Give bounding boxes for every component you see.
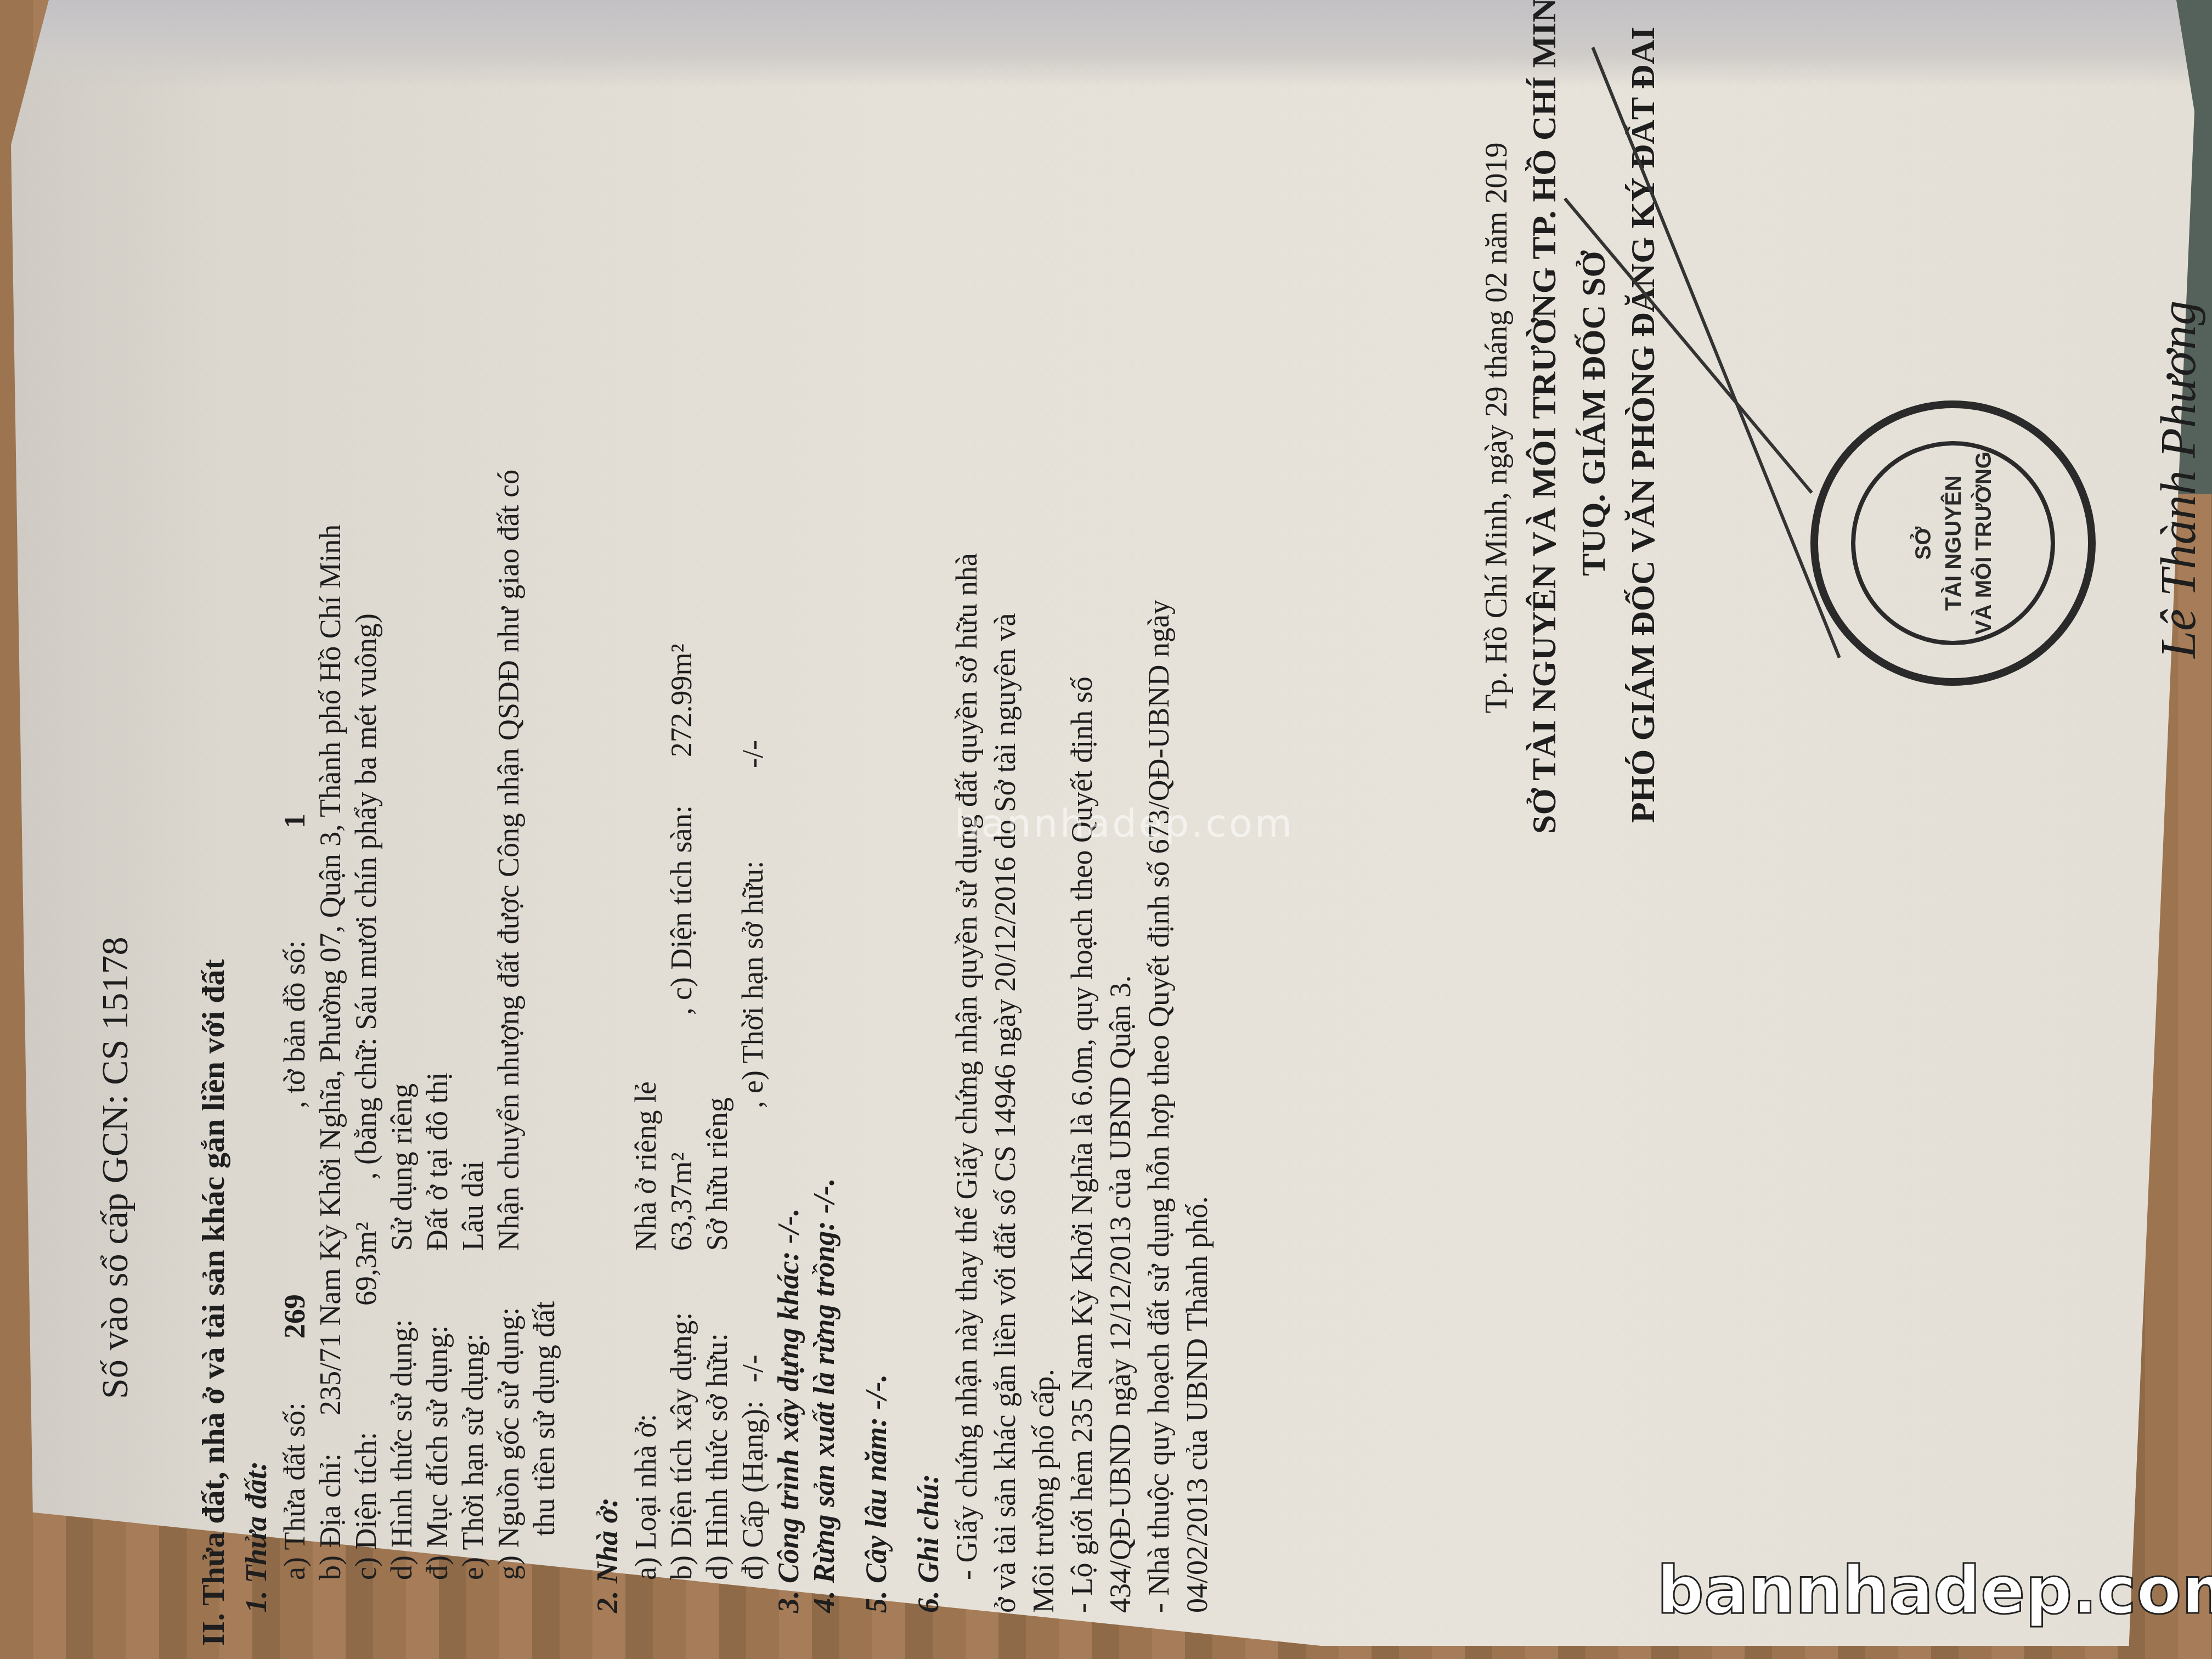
- use-form-value: Sử dụng riêng: [387, 1084, 416, 1251]
- parcel-label: a) Thửa đất số:: [280, 1402, 309, 1580]
- seal-line-2: TÀI NGUYÊN: [1942, 408, 1966, 678]
- map-sheet-number: 1: [280, 814, 309, 828]
- origin-label: g) Nguồn gốc sử dụng:: [494, 1307, 523, 1580]
- map-sheet-label: , tờ bản đồ số:: [280, 940, 309, 1108]
- term-value: Lâu dài: [458, 1161, 488, 1251]
- corner-watermark: bannhadep.com: [1657, 1553, 2212, 1629]
- build-area-value: 63,37m²: [667, 1152, 696, 1251]
- purpose-value: Đất ở tại đô thị: [422, 1072, 452, 1251]
- official-seal: SỞ TÀI NGUYÊN VÀ MÔI TRƯỜNG: [1810, 400, 2096, 686]
- land-heading: 1. Thửa đất:: [241, 1461, 271, 1613]
- term-label: e) Thời hạn sử dụng:: [458, 1333, 488, 1580]
- note-line: 434/QĐ-UBND ngày 12/12/2013 của UBND Quậ…: [1105, 975, 1135, 1613]
- area-in-words: , (bằng chữ: Sáu mươi chín phẩy ba mét v…: [351, 613, 381, 1180]
- ownership-label: d) Hình thức sở hữu:: [702, 1333, 732, 1580]
- address-value: 235/71 Nam Kỳ Khởi Nghĩa, Phường 07, Quậ…: [315, 524, 345, 1415]
- signer-name: Lê Thành Phương: [2151, 301, 2207, 658]
- area-value: 69,3m²: [351, 1222, 381, 1306]
- origin-continued: thu tiền sử dụng đất: [529, 1301, 559, 1536]
- purpose-label: đ) Mục đích sử dụng:: [422, 1325, 452, 1580]
- floor-area-value: 272.99m²: [667, 644, 696, 757]
- ownership-term-value: -/-: [738, 740, 768, 768]
- grade-value: -/-: [738, 1355, 768, 1383]
- build-area-label: b) Diện tích xây dựng:: [667, 1312, 696, 1580]
- other-works: 3. Công trình xây dựng khác: -/-.: [774, 1209, 803, 1613]
- perennial-trees: 5. Cây lâu năm: -/-.: [861, 1374, 891, 1613]
- origin-value: Nhận chuyển nhượng đất được Công nhận QS…: [494, 470, 523, 1251]
- signer-title: PHÓ GIÁM ĐỐC VĂN PHÒNG ĐĂNG KÝ ĐẤT ĐAI: [1624, 27, 1663, 823]
- ownership-value: Sở hữu riêng: [702, 1097, 732, 1251]
- registry-number: Số vào sổ cấp GCN: CS 15178: [93, 937, 137, 1399]
- issue-date: Tp. Hồ Chí Minh, ngày 29 tháng 02 năm 20…: [1481, 142, 1512, 713]
- parcel-number: 269: [280, 1294, 309, 1339]
- notes-heading: 6. Ghi chú:: [913, 1474, 943, 1613]
- note-line: ở và tài sản khác gắn liền với đất số CS…: [990, 613, 1020, 1613]
- note-line: - Giấy chứng nhận này thay thế Giấy chứn…: [952, 553, 981, 1580]
- floor-area-label: , c) Diện tích sàn:: [667, 805, 696, 1015]
- center-watermark: bannhadep.com: [955, 801, 1294, 846]
- house-type-value: Nhà ở riêng lẻ: [631, 1081, 661, 1251]
- seal-line-1: SỞ: [1911, 408, 1936, 678]
- note-line: 04/02/2013 của UBND Thành phố.: [1182, 1197, 1212, 1613]
- house-heading: 2. Nhà ở:: [592, 1498, 622, 1613]
- authorization-line: TUQ. GIÁM ĐỐC SỞ: [1575, 251, 1613, 576]
- page-fold: [11, 0, 2212, 88]
- address-label: b) Địa chỉ:: [315, 1453, 345, 1580]
- production-forest: 4. Rừng sản xuất là rừng trồng: -/-.: [809, 1178, 839, 1613]
- note-line: - Nhà thuộc quy hoạch đất sử dụng hỗn hợ…: [1144, 600, 1173, 1613]
- section-title: II. Thửa đất, nhà ở và tài sản khác gắn …: [198, 959, 229, 1646]
- certificate-content: II. Thửa đất, nhà ở và tài sản khác gắn …: [165, 137, 2212, 1646]
- use-form-label: d) Hình thức sử dụng:: [387, 1319, 416, 1580]
- ownership-term-label: , e) Thời hạn sở hữu:: [738, 861, 768, 1108]
- area-label: c) Diện tích:: [351, 1432, 381, 1580]
- issuing-authority: SỞ TÀI NGUYÊN VÀ MÔI TRƯỜNG TP. HỒ CHÍ M…: [1525, 0, 1564, 834]
- seal-line-3: VÀ MÔI TRƯỜNG: [1972, 408, 1996, 678]
- note-line: Môi trường phố cấp.: [1029, 1369, 1058, 1613]
- grade-label: đ) Cấp (Hạng):: [738, 1401, 768, 1580]
- house-type-label: a) Loại nhà ở:: [631, 1414, 661, 1580]
